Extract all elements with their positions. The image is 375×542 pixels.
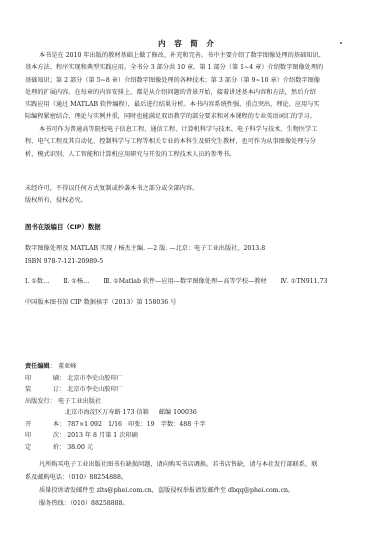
cip-isbn: ISBN 978-7-121-20989-5 (25, 256, 103, 268)
cip-class-item: Ⅰ. ①数… (25, 278, 49, 285)
text-line: 凡所购买电子工业出版社图书有缺损问题，请向购买书店调换。若书店售缺，请与本社发行… (25, 458, 360, 471)
imprint-value: 2013 年 8 月第 1 次印刷 (65, 430, 138, 442)
imprint-postcode: 邮编 100036 (159, 407, 197, 419)
text-line: 未经许可，不得以任何方式复制或抄袭本书之部分或全部内容。 (25, 183, 355, 195)
text-line: 基本方法、程序实现和典型实践应用。全书分 3 部分共 10 章。第 1 部分（第… (25, 62, 355, 74)
imprint-value: 787×1 092 1/16 印张：19 字数：488 千字 (65, 419, 205, 431)
cip-heading: 图书在版编目（CIP）数据 (25, 221, 101, 233)
imprint-publisher: 出版发行： 电子工业出版社 (25, 396, 206, 408)
text-line: 基础知识；第 2 部分（第 5~8 章）介绍数字图像处理的各种技术；第 3 部分… (25, 75, 355, 87)
imprint-binding: 装订： 北京市李史山胶印厂 (25, 384, 206, 396)
cip-class-item: Ⅱ. ①杨… (63, 278, 89, 285)
imprint-value: 38.00 元 (65, 442, 93, 454)
summary-paragraph-2: 本书可作为普通高等院校电子信息工程、通信工程、计算机科学与技术、电子科学与技术、… (25, 124, 355, 161)
cip-citation: 数字图像处理及 MATLAB 实现 / 杨杰主编. —2 版. —北京：电子工业… (25, 243, 265, 255)
text-line: 程、电气工程及其自动化、控制科学与工程等相关专业的本科生及研究生教材，也可作为从… (25, 136, 355, 148)
imprint-label: 印次 (25, 430, 59, 442)
copyright-page: 内 容 简 介 本书是在 2010 年出版的教材基础上做了修改、补充和完善。书中… (0, 0, 375, 542)
text-line: 实践应用（通过 MATLAB 软件编程），最后进行结果分析。本书内容系统性强，重… (25, 99, 355, 111)
cip-class-item: Ⅳ. ①TN911.73 (281, 278, 328, 285)
text-line: 质量投诉请发邮件至 zlts@phei.com.cn，盗版侵权举报请发邮件至 d… (25, 484, 360, 497)
imprint-label: 装订 (25, 384, 59, 396)
imprint-block: 责任编辑： 董亚峰 印刷： 北京市李史山胶印厂 装订： 北京市李史山胶印厂 出版… (25, 361, 206, 453)
imprint-label: 责任编辑 (25, 361, 50, 373)
text-line: 系及邮购电话：（010）88254888。 (25, 471, 360, 484)
text-line: 析、模式识别、人工智能和计算机应用研究与开发的工程技术人员的参考书。 (25, 149, 355, 161)
text-line: 本书是在 2010 年出版的教材基础上做了修改、补充和完善。书中主要介绍了数字图… (25, 50, 355, 62)
imprint-value: 北京市海淀区万寿路 173 信箱 (65, 407, 149, 419)
copyright-notice: 未经许可，不得以任何方式复制或抄袭本书之部分或全部内容。 版权所有，侵权必究。 (25, 183, 355, 208)
text-line: 本书可作为普通高等院校电子信息工程、通信工程、计算机科学与技术、电子科学与技术、… (25, 124, 355, 136)
cip-classification: Ⅰ. ①数… Ⅱ. ①杨… Ⅲ. ①Matlab 软件—应用—数字图像处理—高等… (25, 276, 339, 288)
imprint-address: 北京市海淀区万寿路 173 信箱 邮编 100036 (25, 407, 206, 419)
summary-paragraph-1: 本书是在 2010 年出版的教材基础上做了修改、补充和完善。书中主要介绍了数字图… (25, 50, 355, 124)
cip-class-item: Ⅲ. ①Matlab 软件—应用—数字图像处理—高等学校—教材 (103, 278, 266, 285)
imprint-label: 定价 (25, 442, 59, 454)
imprint-value: 北京市李史山胶印厂 (65, 373, 123, 385)
imprint-price: 定价： 38.00 元 (25, 442, 206, 454)
page-title: 内 容 简 介 (0, 38, 375, 49)
imprint-edition: 印次： 2013 年 8 月第 1 次印刷 (25, 430, 206, 442)
imprint-value: 董亚峰 (56, 361, 77, 373)
imprint-label: 开本 (25, 419, 59, 431)
text-line: 处理的扩展内容。在每章的内容安排上，都是从介绍问题的背景开始，接着讲述基本内容和… (25, 87, 355, 99)
text-line: 际编程紧密结合，理论与实例并重，同时也能满足双语教学的部分要求和对本课程的专业英… (25, 111, 355, 123)
imprint-value: 北京市李史山胶印厂 (65, 384, 123, 396)
text-line: 版权所有，侵权必究。 (25, 195, 355, 207)
imprint-value: 电子工业出版社 (56, 396, 101, 408)
scan-speck (340, 42, 342, 44)
imprint-label: 印刷 (25, 373, 59, 385)
imprint-label: 出版发行 (25, 396, 50, 408)
imprint-editor: 责任编辑： 董亚峰 (25, 361, 206, 373)
service-footer: 凡所购买电子工业出版社图书有缺损问题，请向购买书店调换。若书店售缺，请与本社发行… (25, 458, 360, 510)
imprint-format: 开本： 787×1 092 1/16 印张：19 字数：488 千字 (25, 419, 206, 431)
imprint-printing: 印刷： 北京市李史山胶印厂 (25, 373, 206, 385)
cip-record-number: 中国版本图书馆 CIP 数据核字（2013）第 158036 号 (25, 297, 176, 309)
text-line: 服务热线：（010）88258888。 (25, 497, 360, 510)
